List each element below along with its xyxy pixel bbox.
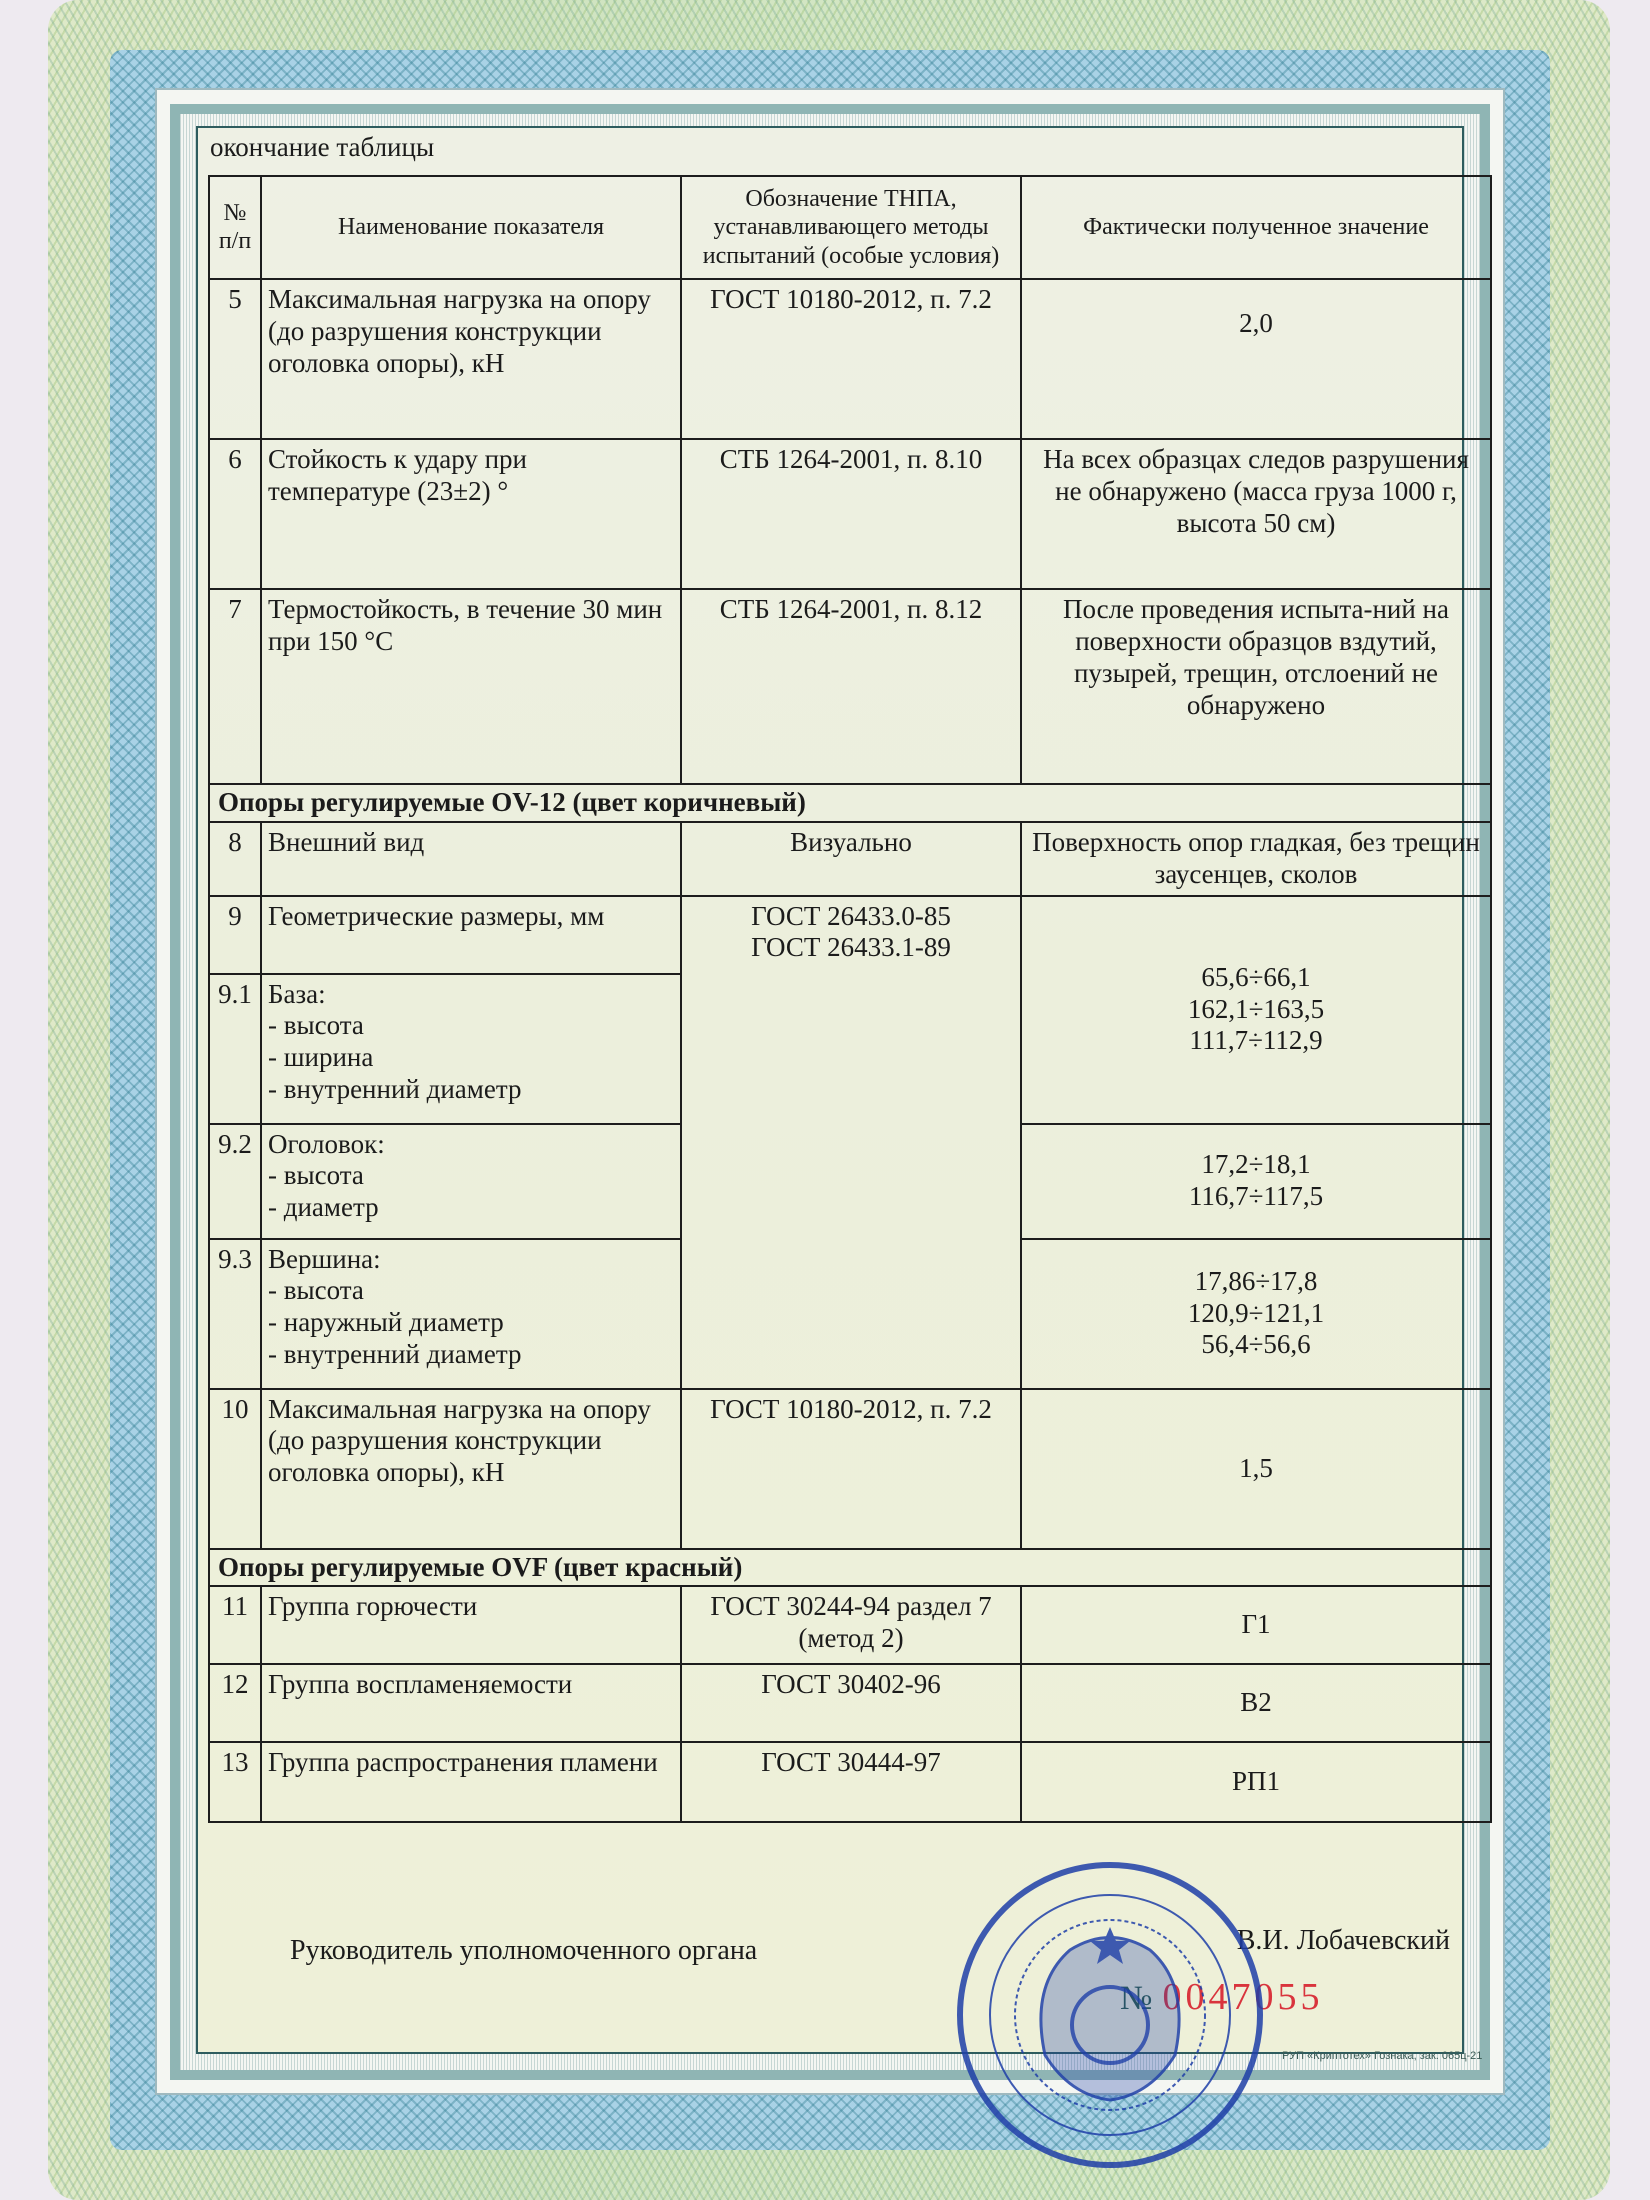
- row-value: На всех образцах следов разрушения не об…: [1021, 439, 1491, 589]
- row-standard: ГОСТ 26433.0-85 ГОСТ 26433.1-89: [681, 896, 1021, 1389]
- row-name: Вершина: - высота - наружный диаметр - в…: [261, 1239, 681, 1389]
- row-value: РП1: [1021, 1742, 1491, 1822]
- value-line: 56,4÷56,6: [1028, 1329, 1484, 1361]
- row-value: После проведения испыта-ний на поверхнос…: [1021, 589, 1491, 784]
- table-row: 9 Геометрические размеры, мм ГОСТ 26433.…: [209, 896, 1491, 974]
- row-value: Поверхность опор гладкая, без трещин зау…: [1021, 822, 1491, 896]
- header-name: Наименование показателя: [261, 176, 681, 279]
- row-standard: СТБ 1264-2001, п. 8.12: [681, 589, 1021, 784]
- row-value: В2: [1021, 1664, 1491, 1742]
- table-row: 11 Группа горючести ГОСТ 30244-94 раздел…: [209, 1586, 1491, 1664]
- printer-note: РУП «Криптотех» Гознака, зак. 065ц-21: [1282, 2050, 1482, 2062]
- row-standard: Визуально: [681, 822, 1021, 896]
- header-value: Фактически полученное значение: [1021, 176, 1491, 279]
- row-number: 8: [209, 822, 261, 896]
- table-row: 5 Максимальная нагрузка на опору (до раз…: [209, 279, 1491, 439]
- row-values: 17,2÷18,1 116,7÷117,5: [1021, 1124, 1491, 1239]
- signatory-role: Руководитель уполномоченного органа: [290, 1935, 757, 1967]
- row-number: 11: [209, 1586, 261, 1664]
- certificate-content: окончание таблицы № п/п Наименование пок…: [208, 132, 1490, 1823]
- row-number: 9.3: [209, 1239, 261, 1389]
- section-row-ovf: Опоры регулируемые OVF (цвет красный): [209, 1549, 1491, 1587]
- row-name: Группа горючести: [261, 1586, 681, 1664]
- subgroup-item: - ширина: [268, 1042, 674, 1074]
- row-standard: ГОСТ 10180-2012, п. 7.2: [681, 279, 1021, 439]
- value-line: 162,1÷163,5: [1028, 994, 1484, 1026]
- standard-line: ГОСТ 26433.0-85: [688, 901, 1014, 933]
- section-title-ov12: Опоры регулируемые OV-12 (цвет коричневы…: [209, 784, 1491, 822]
- section-title-ovf: Опоры регулируемые OVF (цвет красный): [209, 1549, 1491, 1587]
- subgroup-title: Вершина:: [268, 1244, 674, 1276]
- subgroup-item: - наружный диаметр: [268, 1307, 674, 1339]
- row-number: 5: [209, 279, 261, 439]
- row-number: 9.1: [209, 974, 261, 1124]
- row-number: 12: [209, 1664, 261, 1742]
- row-name: Максимальная нагрузка на опору (до разру…: [261, 1389, 681, 1549]
- table-row: 10 Максимальная нагрузка на опору (до ра…: [209, 1389, 1491, 1549]
- signatory-name: В.И. Лобачевский: [1237, 1925, 1450, 1957]
- header-num: № п/п: [209, 176, 261, 279]
- row-name: Стойкость к удару при температуре (23±2)…: [261, 439, 681, 589]
- row-name: База: - высота - ширина - внутренний диа…: [261, 974, 681, 1124]
- value-line: 116,7÷117,5: [1028, 1181, 1484, 1213]
- value-line: 17,86÷17,8: [1028, 1266, 1484, 1298]
- section-row-ov12: Опоры регулируемые OV-12 (цвет коричневы…: [209, 784, 1491, 822]
- row-values: 65,6÷66,1 162,1÷163,5 111,7÷112,9: [1021, 896, 1491, 1124]
- row-number: 10: [209, 1389, 261, 1549]
- subgroup-item: - высота: [268, 1275, 674, 1307]
- row-number: 6: [209, 439, 261, 589]
- table-continuation-label: окончание таблицы: [210, 132, 1490, 163]
- row-value: 1,5: [1021, 1389, 1491, 1549]
- row-name: Оголовок: - высота - диаметр: [261, 1124, 681, 1239]
- table-row: 6 Стойкость к удару при температуре (23±…: [209, 439, 1491, 589]
- certificate-serial: №0047055: [1120, 1975, 1323, 2019]
- subgroup-item: - высота: [268, 1010, 674, 1042]
- row-values: 17,86÷17,8 120,9÷121,1 56,4÷56,6: [1021, 1239, 1491, 1389]
- subgroup-item: - внутренний диаметр: [268, 1074, 674, 1106]
- row-name: Группа распространения пламени: [261, 1742, 681, 1822]
- value-line: 120,9÷121,1: [1028, 1298, 1484, 1330]
- table-row: 13 Группа распространения пламени ГОСТ 3…: [209, 1742, 1491, 1822]
- serial-number: 0047055: [1162, 1976, 1323, 2018]
- row-name: Максимальная нагрузка на опору (до разру…: [261, 279, 681, 439]
- row-name: Внешний вид: [261, 822, 681, 896]
- header-standard: Обозначение ТНПА, устанавливающего метод…: [681, 176, 1021, 279]
- test-results-table: № п/п Наименование показателя Обозначени…: [208, 175, 1492, 1823]
- value-line: 17,2÷18,1: [1028, 1149, 1484, 1181]
- value-line: 65,6÷66,1: [1028, 962, 1484, 994]
- row-number: 13: [209, 1742, 261, 1822]
- row-standard: ГОСТ 10180-2012, п. 7.2: [681, 1389, 1021, 1549]
- row-value: Г1: [1021, 1586, 1491, 1664]
- value-line: 111,7÷112,9: [1028, 1025, 1484, 1057]
- row-name: Термостойкость, в течение 30 мин при 150…: [261, 589, 681, 784]
- row-name: Группа воспламеняемости: [261, 1664, 681, 1742]
- row-value: 2,0: [1021, 279, 1491, 439]
- table-row: 8 Внешний вид Визуально Поверхность опор…: [209, 822, 1491, 896]
- standard-line: ГОСТ 26433.1-89: [688, 932, 1014, 964]
- table-header-row: № п/п Наименование показателя Обозначени…: [209, 176, 1491, 279]
- subgroup-title: Оголовок:: [268, 1129, 674, 1161]
- row-number: 7: [209, 589, 261, 784]
- subgroup-item: - высота: [268, 1160, 674, 1192]
- row-standard: СТБ 1264-2001, п. 8.10: [681, 439, 1021, 589]
- row-standard: ГОСТ 30402-96: [681, 1664, 1021, 1742]
- row-standard: ГОСТ 30244-94 раздел 7 (метод 2): [681, 1586, 1021, 1664]
- table-row: 7 Термостойкость, в течение 30 мин при 1…: [209, 589, 1491, 784]
- row-name: Геометрические размеры, мм: [261, 896, 681, 974]
- row-number: 9: [209, 896, 261, 974]
- serial-prefix: №: [1120, 1980, 1152, 2017]
- table-row: 12 Группа воспламеняемости ГОСТ 30402-96…: [209, 1664, 1491, 1742]
- subgroup-title: База:: [268, 979, 674, 1011]
- subgroup-item: - диаметр: [268, 1192, 674, 1224]
- row-standard: ГОСТ 30444-97: [681, 1742, 1021, 1822]
- row-number: 9.2: [209, 1124, 261, 1239]
- subgroup-item: - внутренний диаметр: [268, 1339, 674, 1371]
